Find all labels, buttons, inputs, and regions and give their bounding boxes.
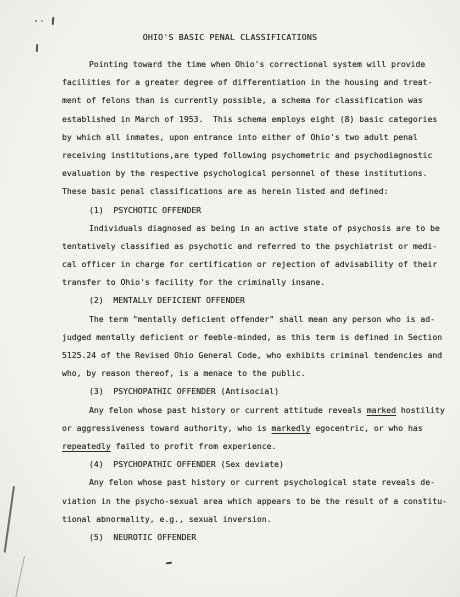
text-segment: Individuals diagnosed as being in an act…: [89, 223, 440, 233]
document-line: The term "mentally deficient offender" s…: [62, 310, 456, 328]
document-line: Any felon whose past history or current …: [62, 401, 456, 419]
text-segment: (5) NEUROTIC OFFENDER: [89, 532, 196, 542]
text-segment: Any felon whose past history or current …: [89, 405, 367, 415]
document-line: ment of felons than is currently possibl…: [62, 91, 456, 109]
text-segment: (4) PSYCHOPATHIC OFFENDER (Sex deviate): [89, 459, 284, 469]
document-line: judged mentally deficient or feeble-mind…: [62, 328, 456, 346]
text-segment: judged mentally deficient or feeble-mind…: [62, 332, 442, 342]
document-line: cal officer in charge for certification …: [62, 255, 456, 273]
document-line: Any felon whose past history or current …: [62, 473, 456, 491]
scan-mark-tick: [52, 17, 55, 25]
text-segment: viation in the psycho-sexual area which …: [62, 496, 447, 506]
scan-mark-dot: [41, 20, 43, 22]
underlined-text: markedly: [272, 423, 311, 433]
scan-mark-tick: [36, 44, 38, 52]
text-segment: transfer to Ohio's facility for the crim…: [62, 277, 325, 287]
document-line: repeatedly failed to profit from experie…: [62, 437, 456, 455]
document-line: viation in the psycho-sexual area which …: [62, 492, 456, 510]
underlined-text: repeatedly: [62, 441, 111, 451]
text-segment: Any felon whose past history or current …: [89, 477, 435, 487]
text-segment: evaluation by the respective psychologic…: [62, 168, 427, 178]
underlined-text: marked: [367, 405, 396, 415]
text-segment: These basic penal classifications are as…: [62, 186, 388, 196]
scanned-document-page: OHIO'S BASIC PENAL CLASSIFICATIONS Point…: [0, 0, 460, 597]
document-line: evaluation by the respective psychologic…: [62, 164, 456, 182]
document-line: Pointing toward the time when Ohio's cor…: [62, 55, 456, 73]
scan-stray-line-faint: [15, 556, 26, 597]
scan-mark-dot: [35, 20, 37, 22]
text-segment: (3) PSYCHOPATHIC OFFENDER (Antisocial): [89, 386, 279, 396]
document-line: Individuals diagnosed as being in an act…: [62, 219, 456, 237]
text-segment: The term "mentally deficient offender" s…: [89, 314, 435, 324]
text-segment: (1) PSYCHOTIC OFFENDER: [89, 205, 201, 215]
document-line: facilities for a greater degree of diffe…: [62, 73, 456, 91]
document-body: Pointing toward the time when Ohio's cor…: [62, 55, 456, 546]
document-line: established in March of 1953. This schem…: [62, 110, 456, 128]
text-segment: 5125.24 of the Revised Ohio General Code…: [62, 350, 442, 360]
text-segment: tional abnormality, e.g., sexual inversi…: [62, 514, 272, 524]
text-segment: who, by reason thereof, is a menace to t…: [62, 368, 306, 378]
scan-stray-line: [4, 486, 15, 553]
text-segment: cal officer in charge for certification …: [62, 259, 437, 269]
text-segment: Pointing toward the time when Ohio's cor…: [89, 59, 425, 69]
text-segment: egocentric, or who has: [311, 423, 423, 433]
section-heading: (3) PSYCHOPATHIC OFFENDER (Antisocial): [62, 382, 456, 400]
text-segment: ment of felons than is currently possibl…: [62, 95, 423, 105]
document-title: OHIO'S BASIC PENAL CLASSIFICATIONS: [0, 32, 460, 42]
scan-mark-dash: [166, 562, 172, 565]
document-line: by which all inmates, upon entrance into…: [62, 128, 456, 146]
section-heading: (4) PSYCHOPATHIC OFFENDER (Sex deviate): [62, 455, 456, 473]
document-line: or aggressiveness toward authority, who …: [62, 419, 456, 437]
text-segment: (2) MENTALLY DEFICIENT OFFENDER: [89, 295, 245, 305]
section-heading: (5) NEUROTIC OFFENDER: [62, 528, 456, 546]
text-segment: or aggressiveness toward authority, who …: [62, 423, 272, 433]
text-segment: established in March of 1953. This schem…: [62, 114, 437, 124]
text-segment: tentatively classified as psychotic and …: [62, 241, 437, 251]
text-segment: receiving institutions,are typed followi…: [62, 150, 432, 160]
text-segment: by which all inmates, upon entrance into…: [62, 132, 418, 142]
document-line: transfer to Ohio's facility for the crim…: [62, 273, 456, 291]
section-heading: (2) MENTALLY DEFICIENT OFFENDER: [62, 291, 456, 309]
document-line: tentatively classified as psychotic and …: [62, 237, 456, 255]
text-segment: hostility: [396, 405, 445, 415]
document-line: receiving institutions,are typed followi…: [62, 146, 456, 164]
document-line: These basic penal classifications are as…: [62, 182, 456, 200]
text-segment: failed to profit from experience.: [111, 441, 277, 451]
document-line: tional abnormality, e.g., sexual inversi…: [62, 510, 456, 528]
text-segment: facilities for a greater degree of diffe…: [62, 77, 432, 87]
document-line: 5125.24 of the Revised Ohio General Code…: [62, 346, 456, 364]
document-line: who, by reason thereof, is a menace to t…: [62, 364, 456, 382]
section-heading: (1) PSYCHOTIC OFFENDER: [62, 201, 456, 219]
